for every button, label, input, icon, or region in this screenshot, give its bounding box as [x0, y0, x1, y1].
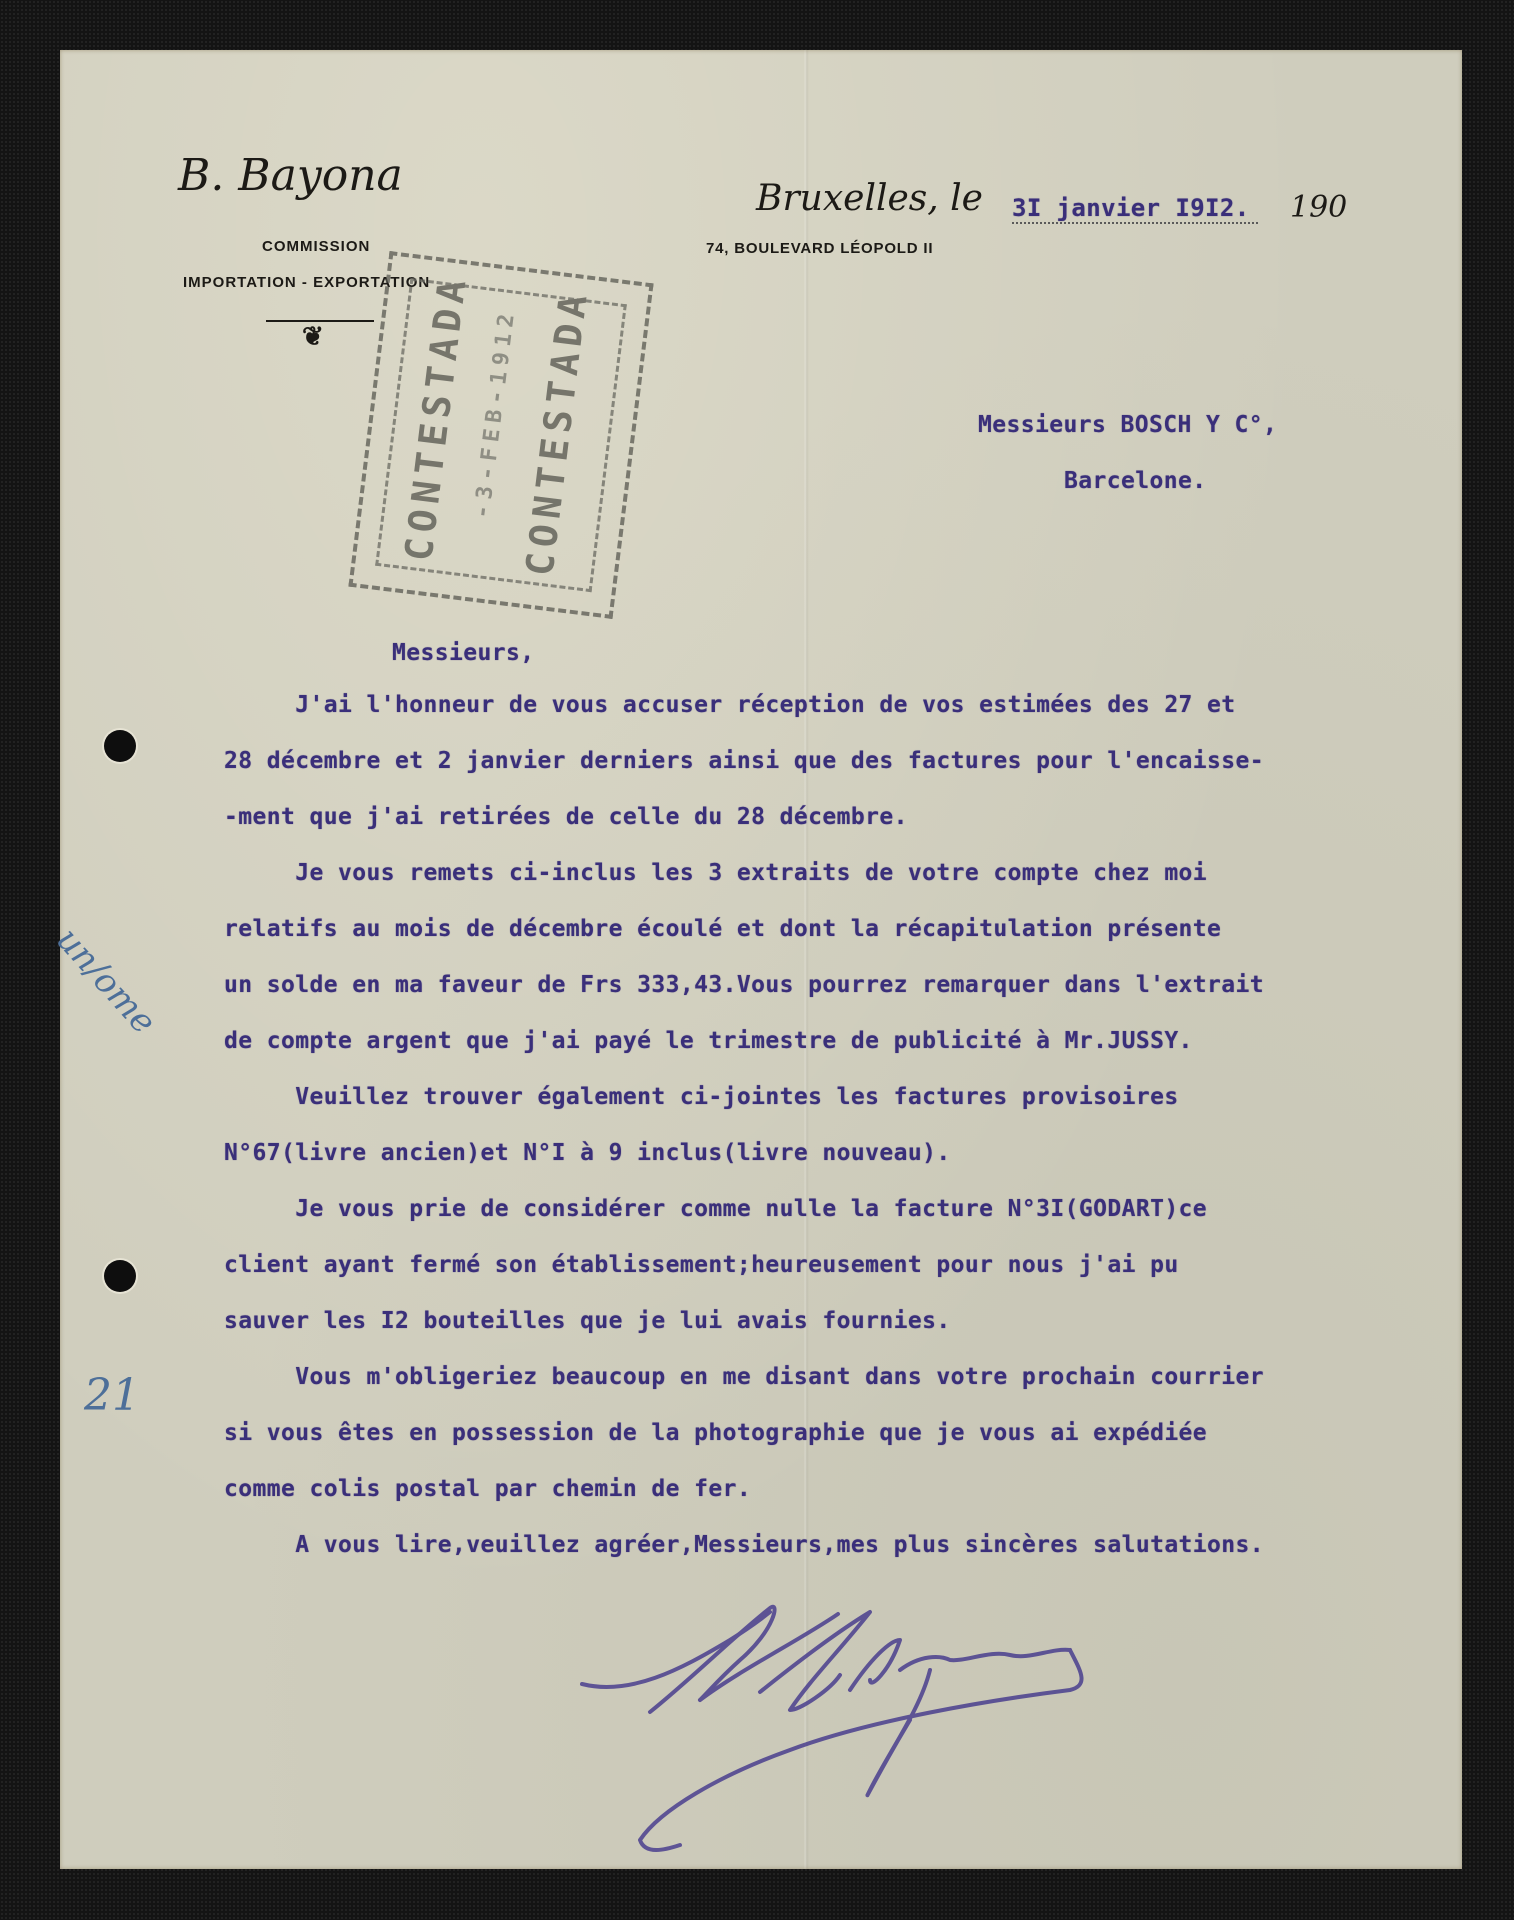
- signature: [570, 1600, 1210, 1860]
- body-line: Je vous remets ci-inclus les 3 extraits …: [224, 860, 1207, 886]
- recipient-line2: Barcelone.: [1064, 468, 1206, 494]
- letter-paper: [60, 50, 1462, 1869]
- body-line: -ment que j'ai retirées de celle du 28 d…: [224, 804, 908, 830]
- body-line: J'ai l'honneur de vous accuser réception…: [224, 692, 1236, 718]
- letterhead-name: B. Bayona: [178, 150, 403, 201]
- signature-stroke-icon: [570, 1600, 1210, 1860]
- body-line: N°67(livre ancien)et N°I à 9 inclus(livr…: [224, 1140, 951, 1166]
- body-line: comme colis postal par chemin de fer.: [224, 1476, 751, 1502]
- received-stamp: CONTESTADA -3-FEB-1912 CONTESTADA: [348, 251, 653, 619]
- hole-punch-top: [104, 730, 136, 762]
- body-line: de compte argent que j'ai payé le trimes…: [224, 1028, 1193, 1054]
- recipient-line1: Messieurs BOSCH Y C°,: [978, 412, 1277, 438]
- body-line: sauver les I2 bouteilles que je lui avai…: [224, 1308, 951, 1334]
- ornament-icon: ❦: [302, 322, 324, 352]
- margin-note-2: 21: [84, 1370, 140, 1421]
- body-line: 28 décembre et 2 janvier derniers ainsi …: [224, 748, 1264, 774]
- body-line: Je vous prie de considérer comme nulle l…: [224, 1196, 1207, 1222]
- body-line: client ayant fermé son établissement;heu…: [224, 1252, 1179, 1278]
- body-line: A vous lire,veuillez agréer,Messieurs,me…: [224, 1532, 1264, 1558]
- body-line: si vous êtes en possession de la photogr…: [224, 1420, 1207, 1446]
- date-typed: 3I janvier I9I2.: [1012, 194, 1258, 224]
- body-line: relatifs au mois de décembre écoulé et d…: [224, 916, 1221, 942]
- body-line: un solde en ma faveur de Frs 333,43.Vous…: [224, 972, 1264, 998]
- salutation: Messieurs,: [392, 640, 534, 666]
- body-line: Vous m'obligeriez beaucoup en me disant …: [224, 1364, 1264, 1390]
- printed-year: 190: [1290, 190, 1347, 225]
- body-line: Veuillez trouver également ci-jointes le…: [224, 1084, 1179, 1110]
- letterhead-address: 74, BOULEVARD LÉOPOLD II: [706, 240, 933, 257]
- letterhead-commission: COMMISSION: [262, 238, 370, 255]
- hole-punch-bottom: [104, 1260, 136, 1292]
- place-prefix: Bruxelles, le: [756, 178, 983, 219]
